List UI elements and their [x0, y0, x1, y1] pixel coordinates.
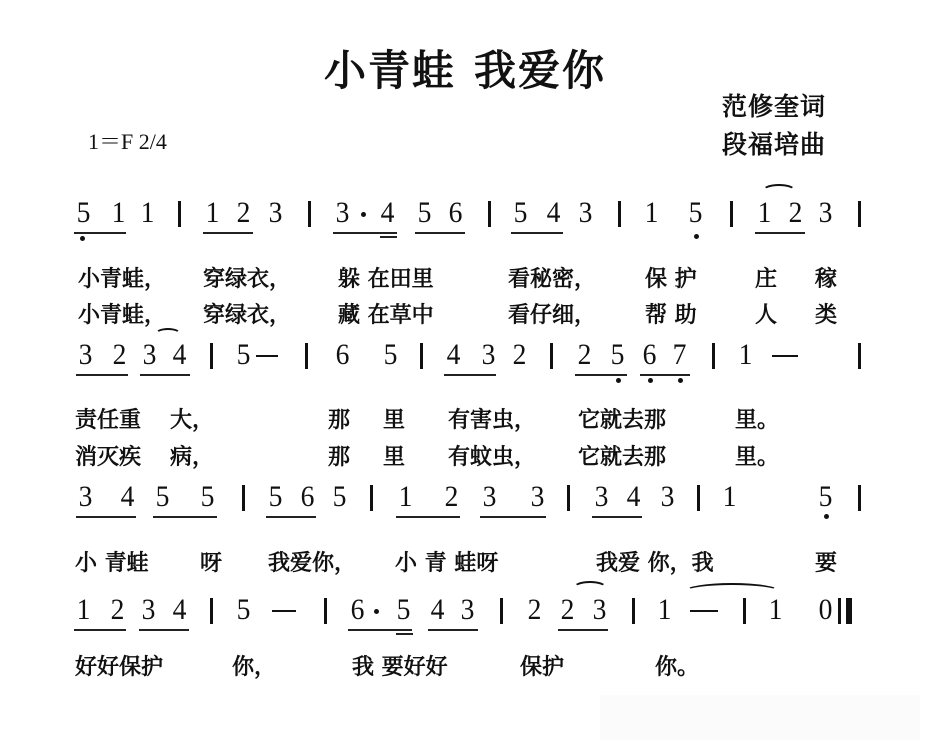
note: 0 [819, 595, 833, 625]
final-barline-thin [838, 598, 841, 624]
note: 3 [79, 340, 93, 370]
barline [308, 201, 311, 227]
tie [685, 583, 779, 599]
augmentation-dot [374, 609, 379, 614]
barline [420, 343, 423, 369]
note: 1 [141, 198, 155, 228]
note: 1 [112, 198, 126, 228]
note: 6 [351, 595, 365, 625]
note: 2 [513, 340, 527, 370]
barline [305, 343, 308, 369]
scan-artifact [600, 695, 920, 740]
barline [210, 343, 213, 369]
low-octave-dot [616, 378, 621, 383]
note: 4 [381, 198, 395, 228]
low-octave-dot [824, 514, 829, 519]
note: 5 [201, 482, 215, 512]
note: 5 [819, 482, 833, 512]
notation-row-4: 1 2 3 4 5 6 5 4 3 2 2 3 1 1 0 [0, 595, 930, 655]
barline [730, 201, 733, 227]
note: 5 [333, 482, 347, 512]
note: 1 [645, 198, 659, 228]
note: 5 [269, 482, 283, 512]
note: 1 [739, 340, 753, 370]
note: 3 [336, 198, 350, 228]
note: 3 [461, 595, 475, 625]
note: 1 [399, 482, 413, 512]
barline [370, 485, 373, 511]
note: 6 [301, 482, 315, 512]
note: 4 [173, 595, 187, 625]
note: 5 [384, 340, 398, 370]
note: 3 [595, 482, 609, 512]
notation-row-2: 3 2 3 4 5 6 5 4 3 2 2 5 6 7 1 [0, 340, 930, 400]
notation-row-3: 3 4 5 5 5 6 5 1 2 3 3 3 4 3 1 5 [0, 482, 930, 542]
low-octave-dot [678, 378, 683, 383]
note: 5 [237, 595, 251, 625]
low-octave-dot [694, 234, 699, 239]
note: 3 [143, 340, 157, 370]
composer-credit: 段福培曲 [722, 126, 826, 164]
note: 2 [445, 482, 459, 512]
note: 5 [514, 198, 528, 228]
note: 6 [336, 340, 350, 370]
hold-dash [256, 355, 278, 357]
hold-dash [690, 610, 718, 612]
barline [743, 598, 746, 624]
note: 5 [397, 595, 411, 625]
note: 3 [482, 340, 496, 370]
barline [858, 343, 861, 369]
note: 3 [819, 198, 833, 228]
note: 2 [789, 198, 803, 228]
note: 4 [547, 198, 561, 228]
note: 2 [528, 595, 542, 625]
note: 3 [142, 595, 156, 625]
note: 3 [269, 198, 283, 228]
barline [618, 201, 621, 227]
note: 2 [578, 340, 592, 370]
note: 3 [79, 482, 93, 512]
note: 3 [661, 482, 675, 512]
note: 4 [121, 482, 135, 512]
lyricist-credit: 范修奎词 [722, 88, 826, 126]
barline [712, 343, 715, 369]
note: 5 [237, 340, 251, 370]
note: 4 [173, 340, 187, 370]
note: 6 [643, 340, 657, 370]
credits: 范修奎词 段福培曲 [722, 88, 826, 164]
note: 3 [579, 198, 593, 228]
note: 2 [561, 595, 575, 625]
barline [242, 485, 245, 511]
barline [210, 598, 213, 624]
barline [324, 598, 327, 624]
note: 1 [206, 198, 220, 228]
note: 2 [237, 198, 251, 228]
note: 3 [483, 482, 497, 512]
title-part-2: 我爱你 [474, 46, 606, 95]
note: 3 [593, 595, 607, 625]
note: 5 [418, 198, 432, 228]
barline [550, 343, 553, 369]
note: 1 [758, 198, 772, 228]
note: 1 [769, 595, 783, 625]
key-and-time-signature: 1＝F 2/4 [88, 125, 167, 156]
note: 2 [111, 595, 125, 625]
barline [178, 201, 181, 227]
barline [858, 201, 861, 227]
barline [858, 485, 861, 511]
note: 2 [113, 340, 127, 370]
note: 1 [77, 595, 91, 625]
augmentation-dot [361, 212, 366, 217]
note: 4 [447, 340, 461, 370]
low-octave-dot [80, 236, 85, 241]
note: 4 [627, 482, 641, 512]
title-part-1: 小青蛙 [324, 46, 456, 95]
final-barline-thick [846, 598, 852, 624]
note: 5 [77, 198, 91, 228]
barline [632, 598, 635, 624]
barline [500, 598, 503, 624]
note: 1 [723, 482, 737, 512]
note: 3 [531, 482, 545, 512]
hold-dash [272, 610, 296, 612]
note: 6 [449, 198, 463, 228]
note: 5 [611, 340, 625, 370]
low-octave-dot [648, 378, 653, 383]
note: 4 [431, 595, 445, 625]
note: 1 [658, 595, 672, 625]
barline [697, 485, 700, 511]
note: 5 [156, 482, 170, 512]
note: 5 [689, 198, 703, 228]
note: 7 [673, 340, 687, 370]
barline [488, 201, 491, 227]
notation-row-1: 5 1 1 1 2 3 3 4 5 6 5 4 3 1 5 1 2 3 [0, 198, 930, 258]
hold-dash [772, 355, 798, 357]
barline [567, 485, 570, 511]
